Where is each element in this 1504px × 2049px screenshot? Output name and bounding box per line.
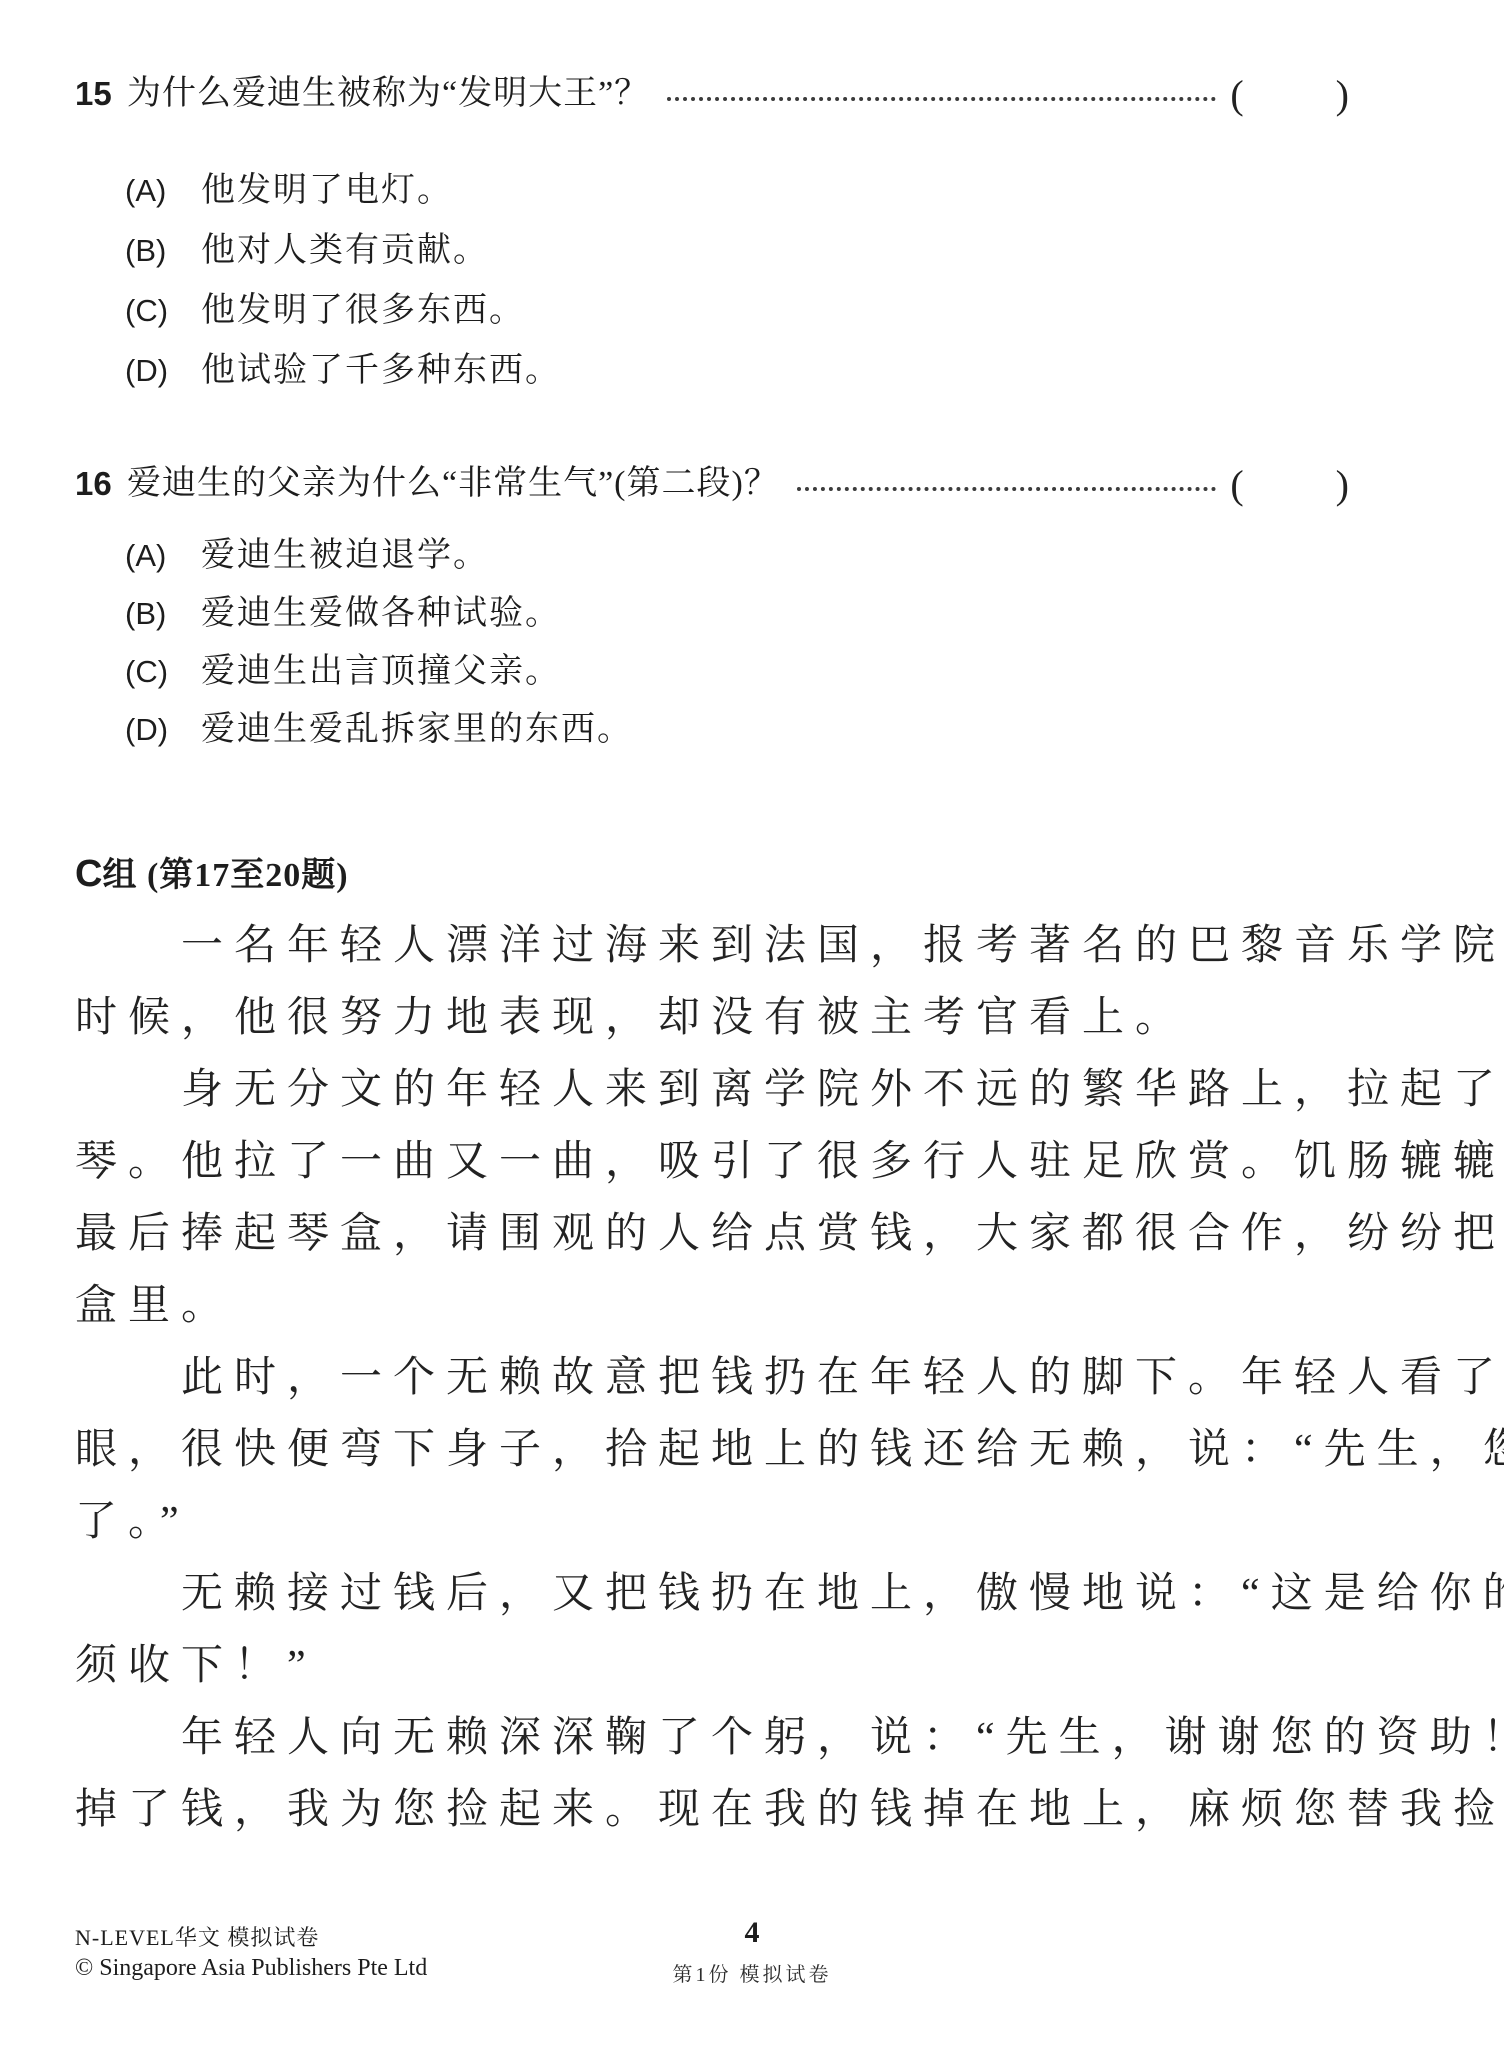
option-row: (A) 爱迪生被迫退学。 [125, 532, 1349, 580]
option-text: 他发明了很多东西。 [201, 287, 525, 335]
question-16-number: 16 [75, 460, 127, 508]
option-label: (C) [125, 648, 201, 696]
option-row: (B) 他对人类有贡献。 [125, 227, 1349, 275]
option-label: (D) [125, 347, 201, 395]
passage-line: 须收下！” [75, 1644, 1349, 1688]
passage-line: 此时，一个无赖故意把钱扔在年轻人的脚下。年轻人看了无赖一 [75, 1356, 1349, 1400]
passage-line: 身无分文的年轻人来到离学院外不远的繁华路上，拉起了手中的 [75, 1068, 1349, 1112]
answer-bracket-close: ) [1336, 70, 1349, 120]
option-text: 爱迪生被迫退学。 [201, 532, 489, 580]
footer-center: 4 第1份 模拟试卷 [0, 1916, 1504, 1987]
passage-line: 最后捧起琴盒，请围观的人给点赏钱，大家都很合作，纷纷把钱放入琴 [75, 1212, 1349, 1256]
option-text: 他对人类有贡献。 [201, 227, 489, 275]
option-text: 爱迪生爱做各种试验。 [201, 590, 561, 638]
answer-blank [1244, 460, 1336, 510]
exam-paper-page: { "answer_bracket": { "open": "(", "clos… [0, 0, 1504, 2049]
question-15-options: (A) 他发明了电灯。 (B) 他对人类有贡献。 (C) 他发明了很多东西。 (… [75, 167, 1349, 395]
answer-blank [1244, 70, 1336, 120]
passage-line: 无赖接过钱后，又把钱扔在地上，傲慢地说：“这是给你的，你必 [75, 1572, 1349, 1616]
passage-paragraph: 一名年轻人漂洋过海来到法国，报考著名的巴黎音乐学院。考试的 时候，他很努力地表现… [75, 924, 1349, 1040]
passage-line: 年轻人向无赖深深鞠了个躬，说：“先生，谢谢您的资助！刚才您 [75, 1716, 1349, 1760]
passage-paragraph: 无赖接过钱后，又把钱扔在地上，傲慢地说：“这是给你的，你必 须收下！” [75, 1572, 1349, 1688]
option-row: (C) 爱迪生出言顶撞父亲。 [125, 648, 1349, 696]
page-number: 4 [0, 1916, 1504, 1950]
option-label: (B) [125, 227, 201, 275]
passage-line: 了。” [75, 1500, 1349, 1544]
option-label: (A) [125, 167, 201, 215]
passage-line: 盒里。 [75, 1284, 1349, 1328]
passage-line: 一名年轻人漂洋过海来到法国，报考著名的巴黎音乐学院。考试的 [75, 924, 1349, 968]
passage-line: 琴。他拉了一曲又一曲，吸引了很多行人驻足欣赏。饥肠辘辘的年轻人 [75, 1140, 1349, 1184]
answer-bracket: ( ) [1230, 70, 1349, 120]
question-15-number: 15 [75, 70, 127, 118]
option-label: (C) [125, 287, 201, 335]
footer-caption: 第1份 模拟试卷 [0, 1958, 1504, 1987]
passage-line: 眼，很快便弯下身子，拾起地上的钱还给无赖，说：“先生，您的钱丢 [75, 1428, 1349, 1472]
option-row: (B) 爱迪生爱做各种试验。 [125, 590, 1349, 638]
option-text: 他发明了电灯。 [201, 167, 453, 215]
option-row: (D) 他试验了千多种东西。 [125, 347, 1349, 395]
question-16-text: 爱迪生的父亲为什么“非常生气”(第二段)？ [127, 460, 779, 508]
option-text: 他试验了千多种东西。 [201, 347, 561, 395]
option-label: (D) [125, 706, 201, 754]
answer-bracket: ( ) [1230, 460, 1349, 510]
option-label: (A) [125, 532, 201, 580]
passage-paragraph: 身无分文的年轻人来到离学院外不远的繁华路上，拉起了手中的 琴。他拉了一曲又一曲，… [75, 1068, 1349, 1328]
section-c-header: C组 (第17至20题) [75, 849, 1349, 907]
option-label: (B) [125, 590, 201, 638]
option-row: (C) 他发明了很多东西。 [125, 287, 1349, 335]
page-content: 15 为什么爱迪生被称为“发明大王”？ ( ) (A) 他发明了电灯。 (B) … [75, 0, 1349, 1860]
question-16-options: (A) 爱迪生被迫退学。 (B) 爱迪生爱做各种试验。 (C) 爱迪生出言顶撞父… [75, 532, 1349, 754]
reading-passage: 一名年轻人漂洋过海来到法国，报考著名的巴黎音乐学院。考试的 时候，他很努力地表现… [75, 924, 1349, 1832]
passage-line: 时候，他很努力地表现，却没有被主考官看上。 [75, 996, 1349, 1040]
answer-bracket-close: ) [1336, 460, 1349, 510]
question-16: 16 爱迪生的父亲为什么“非常生气”(第二段)？ ( ) [75, 460, 1349, 510]
section-c-range: 组 (第17至20题) [102, 857, 348, 894]
option-row: (D) 爱迪生爱乱拆家里的东西。 [125, 706, 1349, 754]
question-15: 15 为什么爱迪生被称为“发明大王”？ ( ) [75, 70, 1349, 120]
question-15-text: 为什么爱迪生被称为“发明大王”？ [127, 70, 649, 118]
dotted-leader [797, 460, 1217, 491]
passage-paragraph: 此时，一个无赖故意把钱扔在年轻人的脚下。年轻人看了无赖一 眼，很快便弯下身子，拾… [75, 1356, 1349, 1544]
section-c-label: C [75, 853, 102, 895]
option-row: (A) 他发明了电灯。 [125, 167, 1349, 215]
option-text: 爱迪生出言顶撞父亲。 [201, 648, 561, 696]
dotted-leader [667, 70, 1216, 101]
passage-paragraph: 年轻人向无赖深深鞠了个躬，说：“先生，谢谢您的资助！刚才您 掉了钱，我为您捡起来… [75, 1716, 1349, 1832]
option-text: 爱迪生爱乱拆家里的东西。 [201, 706, 633, 754]
answer-bracket-open: ( [1230, 70, 1243, 120]
passage-line: 掉了钱，我为您捡起来。现在我的钱掉在地上，麻烦您替我捡起来！” [75, 1788, 1349, 1832]
answer-bracket-open: ( [1230, 460, 1243, 510]
